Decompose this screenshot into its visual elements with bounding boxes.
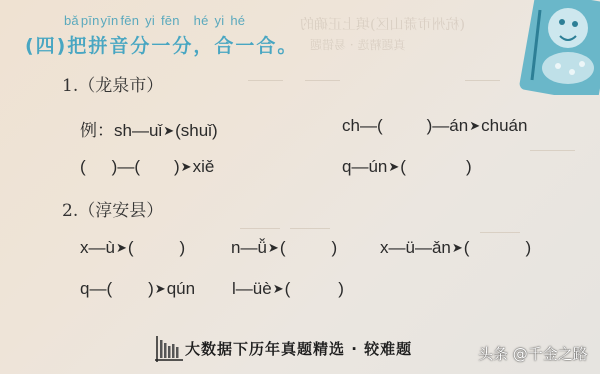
result-syllable: xiě bbox=[193, 157, 215, 176]
bleed-through-line bbox=[305, 80, 340, 81]
pinyin-syllable: pīn bbox=[81, 13, 100, 28]
cartoon-child-on-swing-icon bbox=[518, 0, 600, 95]
pinyin-parts: ch—( bbox=[342, 116, 383, 135]
pinyin-parts: sh—uǐ bbox=[114, 121, 162, 140]
arrow-icon: ➤ bbox=[181, 159, 192, 175]
exercise-item: ch—()—án➤chuán bbox=[342, 116, 527, 136]
watermark: 头条 @千金之路 bbox=[478, 343, 588, 364]
bar-chart-icon bbox=[155, 336, 183, 362]
paren-close: ) bbox=[525, 238, 531, 257]
arrow-icon: ➤ bbox=[273, 281, 284, 297]
arrow-icon: ➤ bbox=[116, 240, 127, 256]
pinyin-parts: l—üè bbox=[232, 279, 272, 298]
paren-close: ) bbox=[338, 279, 344, 298]
pinyin-parts: q—ún bbox=[342, 157, 387, 176]
section-title: (四)把拼音分一分，合一合。 bbox=[25, 31, 298, 58]
arrow-icon: ➤ bbox=[268, 240, 279, 256]
pinyin-parts: )—án bbox=[427, 116, 469, 135]
paren-close: ) bbox=[174, 157, 180, 176]
bleed-through-line bbox=[240, 228, 280, 229]
arrow-icon: ➤ bbox=[388, 159, 399, 175]
pinyin-parts: x—ü—ǎn bbox=[380, 238, 451, 257]
bleed-through-line bbox=[465, 80, 500, 81]
pinyin-parts: n—ǚ bbox=[231, 238, 267, 257]
paren-open: ( bbox=[80, 157, 86, 176]
exercise-item: x—ù➤() bbox=[80, 238, 185, 258]
exercise-item: ()—()➤xiě bbox=[80, 157, 214, 177]
paren-close: ) bbox=[148, 279, 154, 298]
arrow-icon: ➤ bbox=[452, 240, 463, 256]
arrow-icon: ➤ bbox=[163, 123, 174, 139]
paren-close: ) bbox=[180, 238, 186, 257]
pinyin-syllable: hé bbox=[194, 13, 209, 28]
paren-open: ( bbox=[280, 238, 286, 257]
exercise-item: n—ǚ➤() bbox=[231, 238, 337, 258]
exercise-item: x—ü—ǎn➤() bbox=[380, 238, 531, 258]
answer: (shuǐ) bbox=[175, 121, 218, 140]
pinyin-syllable: fēn bbox=[161, 13, 180, 28]
exercise-item: q—()➤qún bbox=[80, 279, 195, 299]
pinyin-syllable: hé bbox=[230, 13, 245, 28]
arrow-icon: ➤ bbox=[469, 118, 480, 134]
result-syllable: qún bbox=[167, 279, 195, 298]
pinyin-syllable: yīn bbox=[101, 13, 119, 28]
question-1-label: 1.（龙泉市） bbox=[62, 71, 163, 96]
pinyin-syllable: fēn bbox=[121, 13, 140, 28]
pinyin-parts: x—ù bbox=[80, 238, 115, 257]
exercise-item: l—üè➤() bbox=[232, 279, 344, 299]
pinyin-syllable: yi bbox=[145, 13, 155, 28]
pinyin-syllable: bǎ bbox=[64, 13, 79, 28]
paren-open: ( bbox=[400, 157, 406, 176]
paren-open: ( bbox=[285, 279, 291, 298]
mascot-illustration bbox=[518, 0, 600, 95]
paren-close: ) bbox=[332, 238, 338, 257]
example-item: 例：sh—uǐ➤(shuǐ) bbox=[80, 116, 218, 141]
exercise-item: q—ún➤() bbox=[342, 157, 472, 177]
question-2-label: 2.（淳安县） bbox=[62, 196, 163, 221]
bleed-through-line bbox=[248, 80, 283, 81]
pinyin-syllable: yi bbox=[215, 13, 225, 28]
bleed-through-line bbox=[480, 232, 520, 233]
pinyin-parts: q—( bbox=[80, 279, 112, 298]
example-label: 例： bbox=[80, 121, 114, 141]
bleed-through-text: (杭州市萧山区)填上正确的 bbox=[300, 14, 465, 34]
pinyin-parts: )—( bbox=[112, 157, 140, 176]
footer-label: 大数据下历年真题精选 · 较难题 bbox=[185, 338, 412, 359]
title-pinyin: bǎpīnyīnfēnyifēnhéyihé bbox=[64, 13, 251, 28]
bleed-through-line bbox=[290, 228, 330, 229]
page-footer: 大数据下历年真题精选 · 较难题 bbox=[155, 336, 412, 362]
bleed-through-line bbox=[530, 150, 575, 151]
paren-close: ) bbox=[466, 157, 472, 176]
paren-open: ( bbox=[464, 238, 470, 257]
bleed-through-text: 真题精选 · 易错题 bbox=[310, 36, 405, 53]
paren-open: ( bbox=[128, 238, 134, 257]
result-syllable: chuán bbox=[481, 116, 527, 135]
arrow-icon: ➤ bbox=[155, 281, 166, 297]
